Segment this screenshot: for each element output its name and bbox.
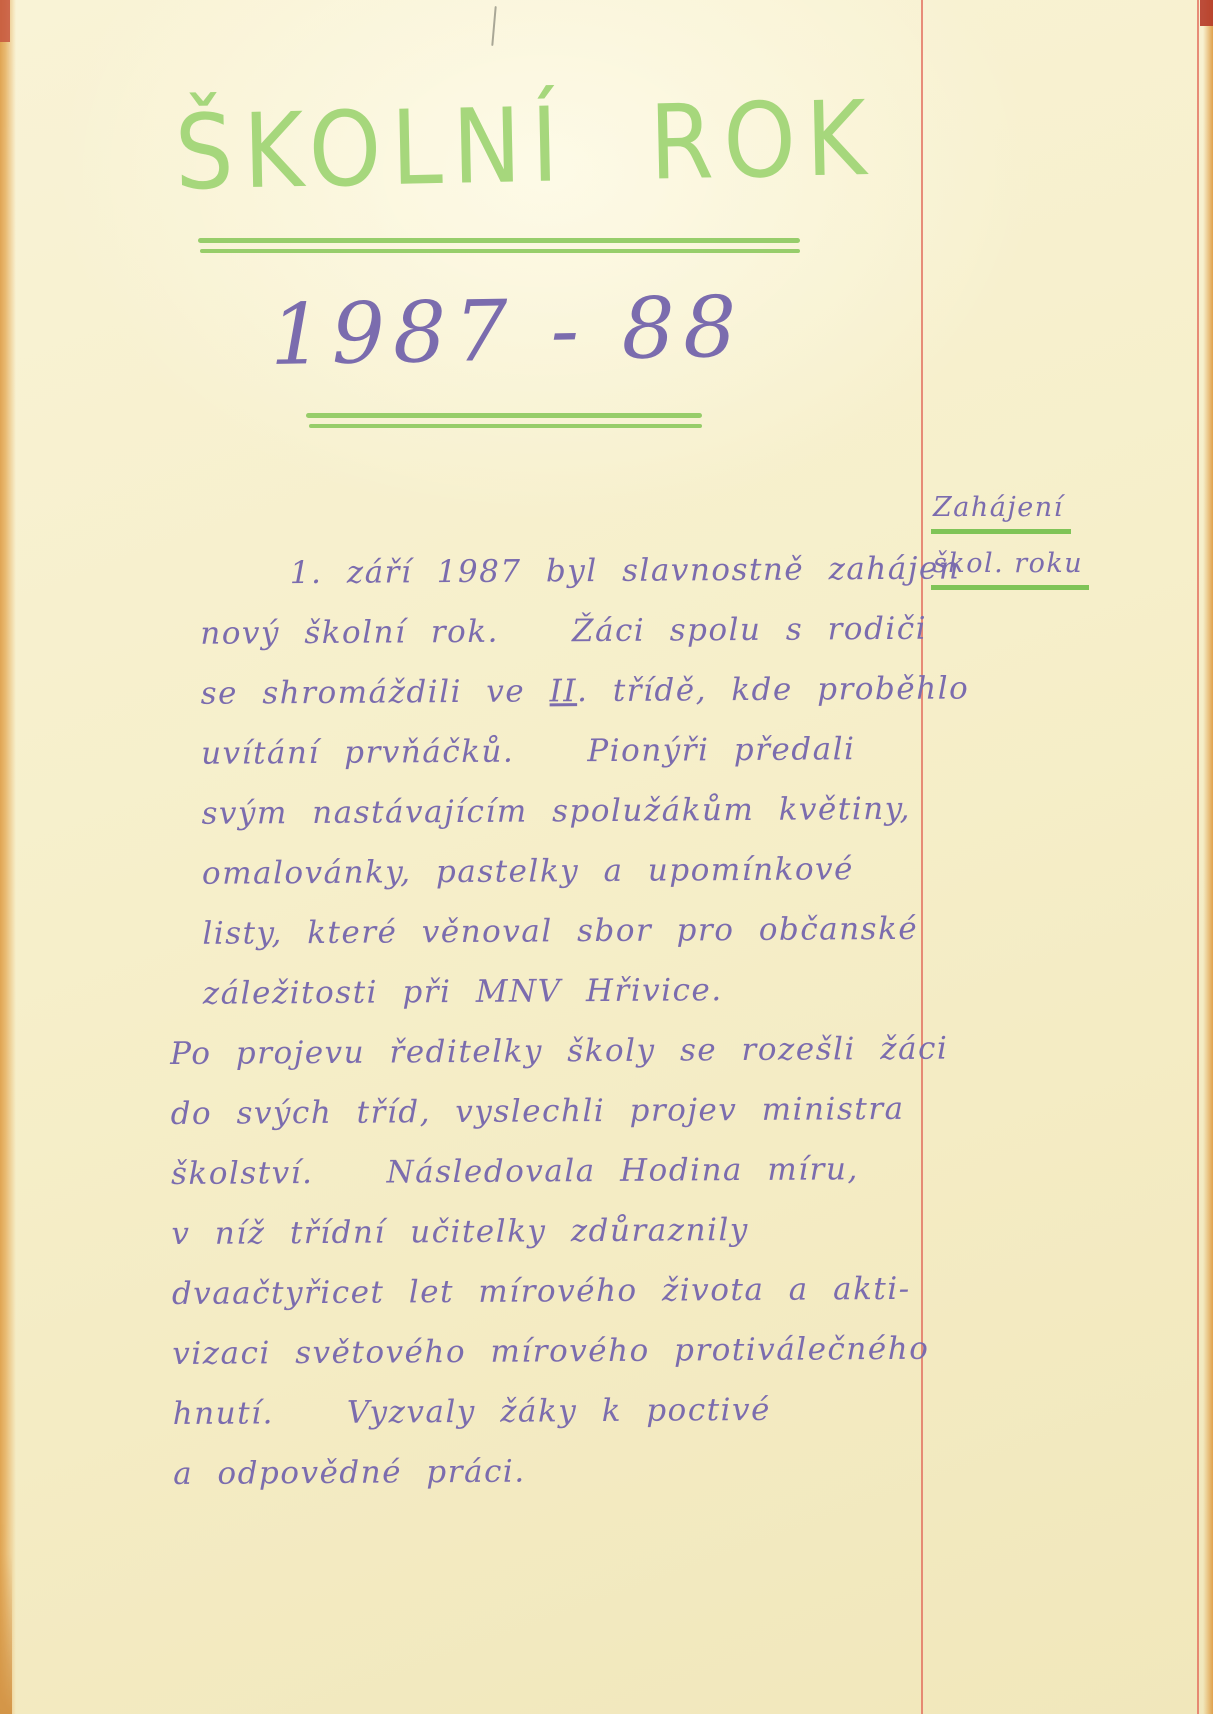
stray-pen-mark — [491, 6, 496, 46]
years-underline-2 — [309, 424, 702, 428]
page-title: ŠKOLNÍ ROK — [173, 63, 826, 231]
handwriting-line-1: 1. září 1987 byl slavnostně zahájen — [0, 539, 917, 605]
handwriting-line-10: do svých tříd, vyslechli projev ministra — [0, 1079, 920, 1145]
handwriting-line-2: nový školní rok. Žáci spolu s rodiči — [0, 599, 917, 665]
handwriting-line-5: svým nastávajícím spolužákům květiny, — [0, 779, 919, 845]
red-margin-line-outer — [1197, 0, 1199, 1714]
handwriting-line-13: dvaačtyřicet let mírového života a akti- — [2, 1259, 922, 1325]
margin-note: Zahájení škol. roku — [931, 492, 1171, 604]
handwriting-line-9: Po projevu ředitelky školy se rozešli žá… — [0, 1019, 920, 1085]
handwriting-line-15: hnutí. Vyzvaly žáky k poctivé — [3, 1379, 923, 1445]
margin-note-line-1: Zahájení — [931, 492, 1071, 534]
handwriting-line-11: školství. Následovala Hodina míru, — [1, 1139, 921, 1205]
chronicle-page: ŠKOLNÍ ROK 1987 - 88 Zahájení škol. roku… — [0, 0, 1213, 1714]
handwriting-line-16: a odpovědné práci. — [3, 1439, 923, 1505]
years-underline-1 — [306, 413, 702, 418]
handwriting-line-4: uvítání prvňáčků. Pionýři předali — [0, 719, 918, 785]
handwriting-line-7: listy, které věnoval sbor pro občanské — [0, 899, 920, 965]
title-underline-1 — [198, 238, 800, 243]
body-text: 1. září 1987 byl slavnostně zahájen nový… — [0, 539, 923, 1505]
handwriting-line-12: v níž třídní učitelky zdůraznily — [1, 1199, 921, 1265]
line-3-pre: se shromáždili ve — [201, 673, 550, 711]
line-3-post: . třídě, kde proběhlo — [577, 670, 969, 709]
handwriting-line-3: se shromáždili ve II. třídě, kde proběhl… — [0, 659, 918, 725]
school-years-heading: 1987 - 88 — [269, 278, 731, 384]
roman-numeral-II: II — [549, 673, 577, 709]
right-page-edge — [1203, 0, 1213, 1714]
handwriting-line-14: vizaci světového mírového protiválečného — [2, 1319, 922, 1385]
handwriting-line-8: záležitosti při MNV Hřivice. — [0, 959, 920, 1025]
handwriting-line-6: omalovánky, pastelky a upomínkové — [0, 839, 919, 905]
title-underline-2 — [200, 249, 800, 253]
